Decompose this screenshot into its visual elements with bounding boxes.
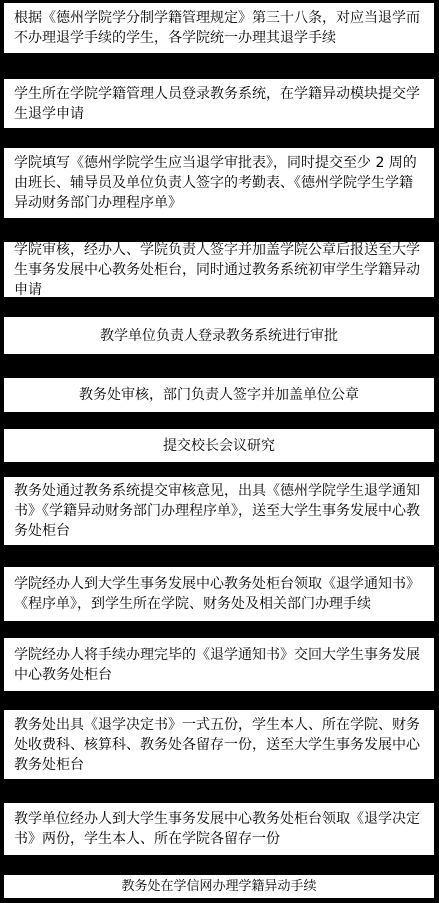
flow-step-6-text: 教务处审核，部门负责人签字并加盖单位公章 bbox=[10, 385, 428, 405]
flow-step-8-text: 教务处通过教务系统提交审核意见，出具《德州学院学生退学通知书》《学籍异动财务部门… bbox=[14, 481, 426, 541]
flow-step-10-text: 学院经办人将手续办理完毕的《退学通知书》交回大学生事务发展中心教务处柜台 bbox=[14, 645, 426, 685]
flow-step-13: 教务处在学信网办理学籍异动手续 bbox=[4, 875, 434, 898]
flow-step-7-text: 提交校长会议研究 bbox=[10, 436, 428, 456]
flow-step-13-text: 教务处在学信网办理学籍异动手续 bbox=[10, 878, 428, 896]
flow-step-10: 学院经办人将手续办理完毕的《退学通知书》交回大学生事务发展中心教务处柜台 bbox=[4, 638, 434, 691]
flow-step-12: 教学单位经办人到大学生事务发展中心教务处柜台领取《退学决定书》两份，学生本人、所… bbox=[4, 803, 434, 855]
flow-step-6: 教务处审核，部门负责人签字并加盖单位公章 bbox=[4, 378, 434, 412]
flow-step-2-text: 学生所在学院学籍管理人员登录教务系统，在学籍异动模块提交学生退学申请 bbox=[14, 84, 426, 124]
flow-step-4: 学院审核，经办人、学院负责人签字并加盖学院公章后报送至大学生事务发展中心教务处柜… bbox=[4, 242, 434, 297]
flow-step-11-text: 教务处出具《退学决定书》一式五份，学生本人、所在学院、财务处收费科、核算科、教务… bbox=[14, 715, 426, 775]
flow-step-4-text: 学院审核，经办人、学院负责人签字并加盖学院公章后报送至大学生事务发展中心教务处柜… bbox=[14, 240, 426, 300]
flow-step-7: 提交校长会议研究 bbox=[4, 429, 434, 462]
flow-step-3: 学院填写《德州学院学生应当退学审批表》，同时提交至少 2 周的由班长、辅导员及单… bbox=[4, 148, 434, 218]
flow-step-9-text: 学院经办人到大学生事务发展中心教务处柜台领取《退学通知书》《程序单》，到学生所在… bbox=[14, 574, 426, 614]
flow-step-8: 教务处通过教务系统提交审核意见，出具《德州学院学生退学通知书》《学籍异动财务部门… bbox=[4, 477, 434, 545]
flow-step-9: 学院经办人到大学生事务发展中心教务处柜台领取《退学通知书》《程序单》，到学生所在… bbox=[4, 567, 434, 621]
flow-step-11: 教务处出具《退学决定书》一式五份，学生本人、所在学院、财务处收费科、核算科、教务… bbox=[4, 710, 434, 779]
flow-step-5: 教学单位负责人登录教务系统进行审批 bbox=[4, 317, 434, 354]
flow-step-5-text: 教学单位负责人登录教务系统进行审批 bbox=[10, 326, 428, 346]
withdrawal-procedure-flowchart: 根据《德州学院学分制学籍管理规定》第三十八条，对应当退学而不办理退学手续的学生，… bbox=[0, 0, 439, 903]
flow-step-12-text: 教学单位经办人到大学生事务发展中心教务处柜台领取《退学决定书》两份，学生本人、所… bbox=[14, 809, 426, 849]
flow-step-1-text: 根据《德州学院学分制学籍管理规定》第三十八条，对应当退学而不办理退学手续的学生，… bbox=[14, 8, 426, 48]
flow-step-2: 学生所在学院学籍管理人员登录教务系统，在学籍异动模块提交学生退学申请 bbox=[4, 79, 434, 128]
flow-step-1: 根据《德州学院学分制学籍管理规定》第三十八条，对应当退学而不办理退学手续的学生，… bbox=[4, 3, 434, 53]
flow-step-3-text: 学院填写《德州学院学生应当退学审批表》，同时提交至少 2 周的由班长、辅导员及单… bbox=[14, 153, 426, 213]
